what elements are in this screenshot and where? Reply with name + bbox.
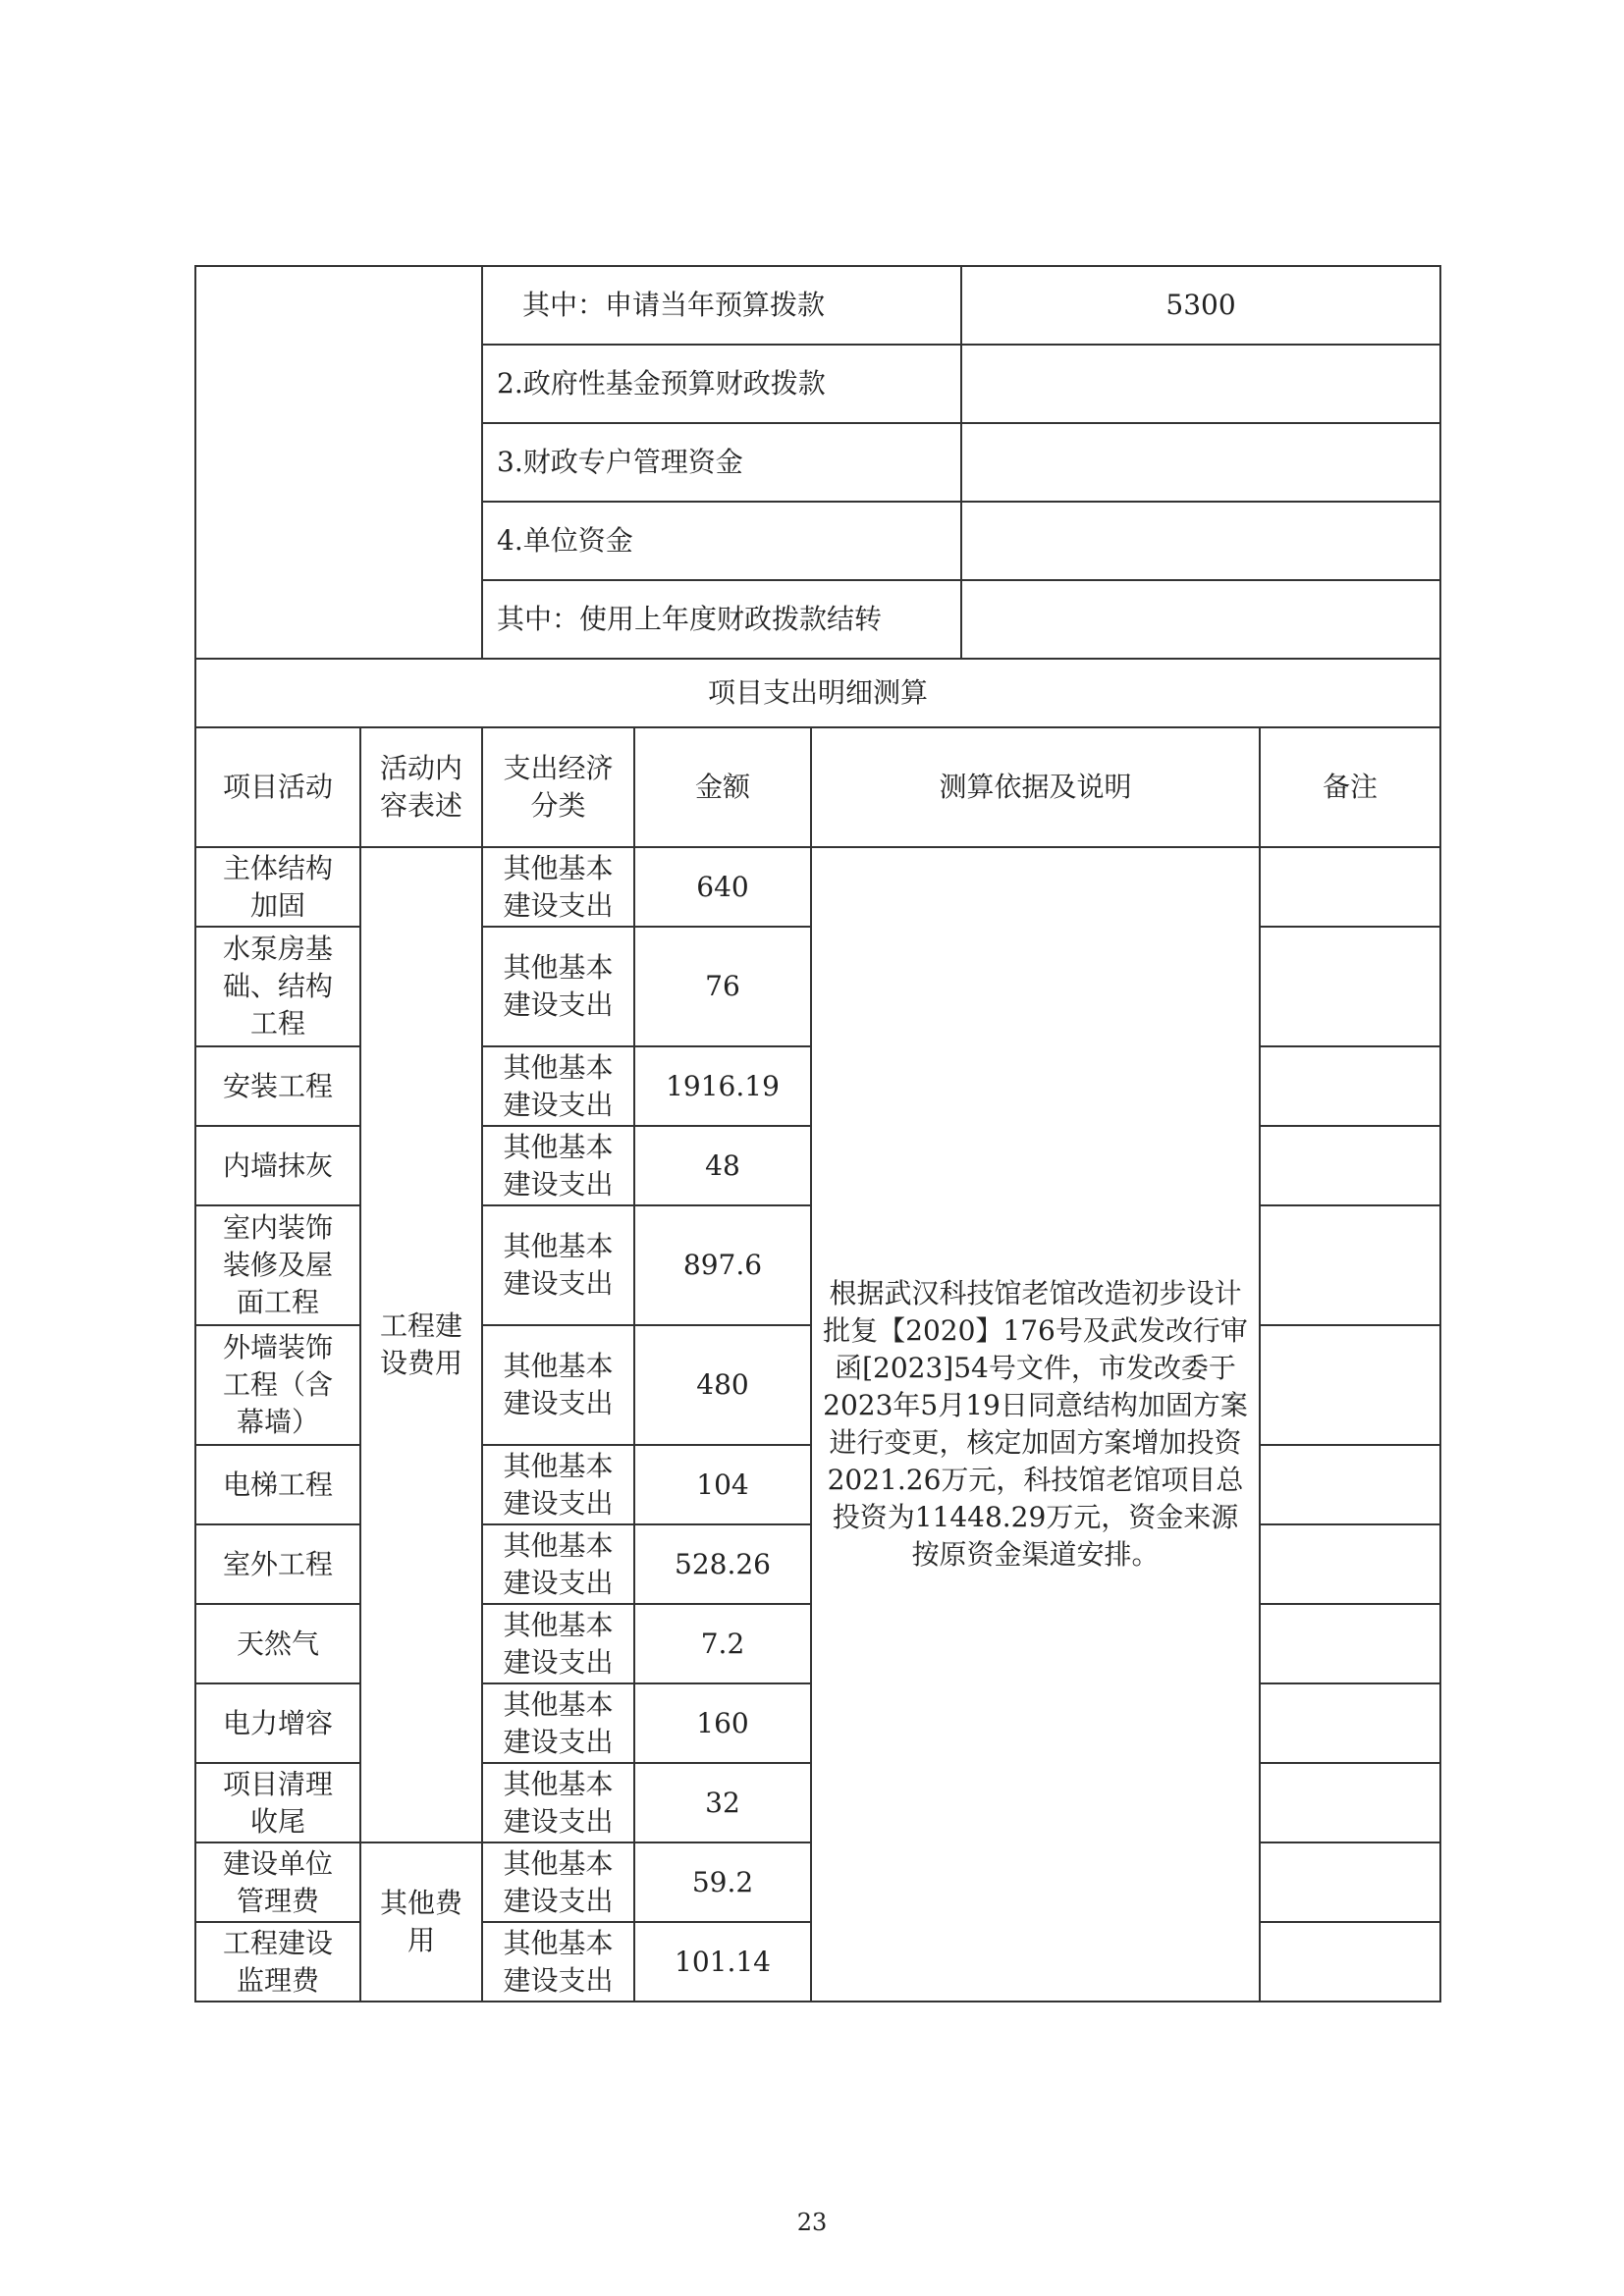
remark-cell (1260, 1445, 1440, 1524)
header-econ-class: 支出经济分类 (482, 727, 634, 847)
funding-label: 其中：使用上年度财政拨款结转 (482, 580, 961, 659)
header-content: 活动内容表述 (360, 727, 482, 847)
econ-class-cell: 其他基本建设支出 (482, 1524, 634, 1604)
funding-value: 5300 (961, 266, 1440, 345)
funding-label: 其中：申请当年预算拨款 (482, 266, 961, 345)
remark-cell (1260, 927, 1440, 1046)
activity-cell: 室外工程 (195, 1524, 360, 1604)
remark-cell (1260, 1922, 1440, 2002)
funding-value (961, 502, 1440, 580)
basis-description: 根据武汉科技馆老馆改造初步设计批复【2020】176号及武发改行审函[2023]… (811, 847, 1260, 2002)
amount-cell: 480 (634, 1325, 811, 1445)
remark-cell (1260, 1763, 1440, 1842)
econ-class-cell: 其他基本建设支出 (482, 1205, 634, 1325)
section-title: 项目支出明细测算 (195, 659, 1440, 727)
amount-cell: 160 (634, 1683, 811, 1763)
funding-label: 3.财政专户管理资金 (482, 423, 961, 502)
funding-label-blank (195, 266, 482, 659)
activity-cell: 外墙装饰工程（含幕墙） (195, 1325, 360, 1445)
funding-label: 4.单位资金 (482, 502, 961, 580)
amount-cell: 48 (634, 1126, 811, 1205)
amount-cell: 32 (634, 1763, 811, 1842)
amount-cell: 1916.19 (634, 1046, 811, 1126)
activity-cell: 安装工程 (195, 1046, 360, 1126)
amount-cell: 76 (634, 927, 811, 1046)
amount-cell: 528.26 (634, 1524, 811, 1604)
funding-label: 2.政府性基金预算财政拨款 (482, 345, 961, 423)
remark-cell (1260, 1046, 1440, 1126)
econ-class-cell: 其他基本建设支出 (482, 1604, 634, 1683)
remark-cell (1260, 1126, 1440, 1205)
activity-cell: 电梯工程 (195, 1445, 360, 1524)
budget-table: 其中：申请当年预算拨款 5300 2.政府性基金预算财政拨款 3.财政专户管理资… (194, 265, 1441, 2002)
activity-cell: 主体结构加固 (195, 847, 360, 927)
econ-class-cell: 其他基本建设支出 (482, 1922, 634, 2002)
econ-class-cell: 其他基本建设支出 (482, 927, 634, 1046)
econ-class-cell: 其他基本建设支出 (482, 1683, 634, 1763)
activity-cell: 电力增容 (195, 1683, 360, 1763)
header-row: 项目活动 活动内容表述 支出经济分类 金额 测算依据及说明 备注 (195, 727, 1440, 847)
activity-cell: 工程建设监理费 (195, 1922, 360, 2002)
header-amount: 金额 (634, 727, 811, 847)
activity-cell: 建设单位管理费 (195, 1842, 360, 1922)
activity-cell: 内墙抹灰 (195, 1126, 360, 1205)
funding-row: 其中：申请当年预算拨款 5300 (195, 266, 1440, 345)
remark-cell (1260, 1842, 1440, 1922)
activity-cell: 天然气 (195, 1604, 360, 1683)
activity-cell: 项目清理收尾 (195, 1763, 360, 1842)
remark-cell (1260, 1325, 1440, 1445)
activity-cell: 室内装饰装修及屋面工程 (195, 1205, 360, 1325)
remark-cell (1260, 1205, 1440, 1325)
header-basis: 测算依据及说明 (811, 727, 1260, 847)
group-cell: 工程建设费用 (360, 847, 482, 1842)
funding-value (961, 423, 1440, 502)
amount-cell: 640 (634, 847, 811, 927)
group-cell: 其他费用 (360, 1842, 482, 2002)
econ-class-cell: 其他基本建设支出 (482, 847, 634, 927)
econ-class-cell: 其他基本建设支出 (482, 1126, 634, 1205)
remark-cell (1260, 847, 1440, 927)
activity-cell: 水泵房基础、结构工程 (195, 927, 360, 1046)
econ-class-cell: 其他基本建设支出 (482, 1325, 634, 1445)
funding-value (961, 580, 1440, 659)
remark-cell (1260, 1683, 1440, 1763)
remark-cell (1260, 1604, 1440, 1683)
table-row: 主体结构加固 工程建设费用 其他基本建设支出 640 根据武汉科技馆老馆改造初步… (195, 847, 1440, 927)
page-number: 23 (0, 2209, 1624, 2236)
header-remark: 备注 (1260, 727, 1440, 847)
amount-cell: 897.6 (634, 1205, 811, 1325)
econ-class-cell: 其他基本建设支出 (482, 1445, 634, 1524)
econ-class-cell: 其他基本建设支出 (482, 1763, 634, 1842)
funding-value (961, 345, 1440, 423)
amount-cell: 101.14 (634, 1922, 811, 2002)
remark-cell (1260, 1524, 1440, 1604)
econ-class-cell: 其他基本建设支出 (482, 1046, 634, 1126)
amount-cell: 7.2 (634, 1604, 811, 1683)
econ-class-cell: 其他基本建设支出 (482, 1842, 634, 1922)
amount-cell: 104 (634, 1445, 811, 1524)
header-activity: 项目活动 (195, 727, 360, 847)
amount-cell: 59.2 (634, 1842, 811, 1922)
